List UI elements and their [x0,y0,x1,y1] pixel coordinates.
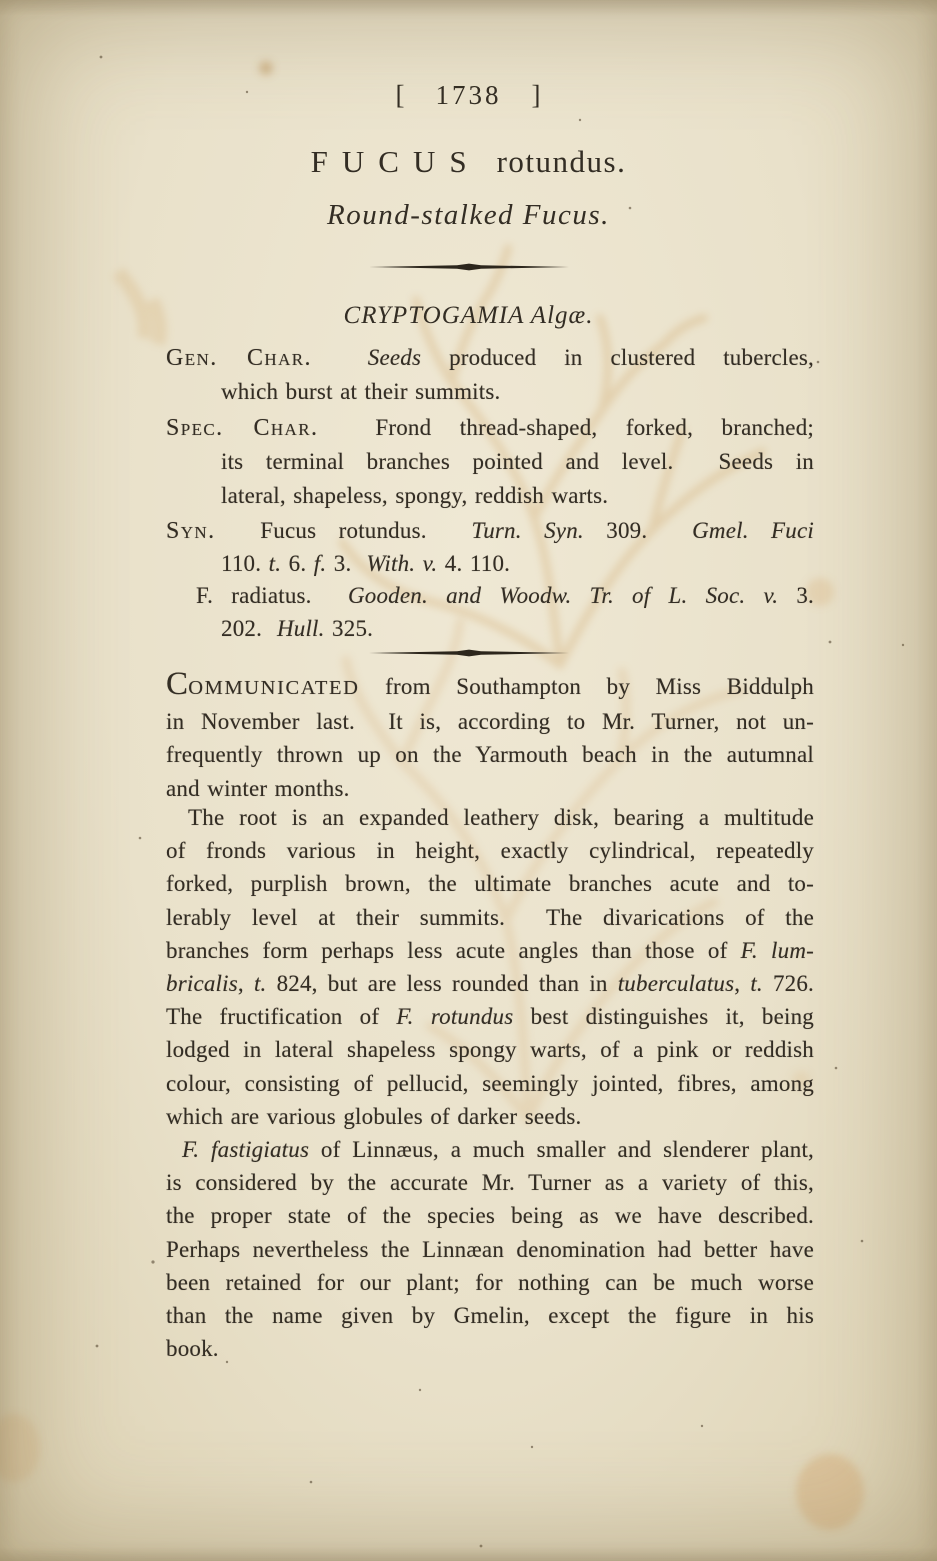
swelled-rule-icon [369,648,569,658]
text-run: , [238,971,254,996]
text-run: Gooden. and Woodw. Tr. of L. Soc. v. [348,583,778,608]
text-line: Spec. Char. Frond thread-shaped, forked,… [166,411,814,445]
text-run: 325. [325,616,374,641]
text-run: which are various globules of darker see… [166,1104,582,1129]
text-run: 202. [221,616,277,641]
text-line: lodged in lateral shapeless spongy warts… [166,1033,814,1066]
text-line: the proper state of the species being as… [166,1199,814,1232]
swelled-rule-icon [369,262,569,272]
text-line: which are various globules of darker see… [166,1100,814,1133]
text-run [312,345,368,370]
text-line: The fructification of F. rotundus best d… [166,1000,814,1033]
text-run: Perhaps nevertheless the Linnæan denomin… [166,1237,814,1262]
taxonomy-line: CRYPTOGAMIA Algæ. [0,302,937,330]
text-line: which burst at their summits. [166,375,814,409]
text-run: 4. 110. [437,551,510,576]
specific-character-section: Spec. Char. Frond thread-shaped, forked,… [166,411,814,513]
text-run: its terminal branches pointed and level.… [221,449,814,474]
text-run: forked, purplish brown, the ultimate bra… [166,871,814,896]
text-run: Fucus rotundus. [216,518,472,543]
text-run: 824, but are less rounded than in [266,971,617,996]
text-line: Gen. Char. Seeds produced in clustered t… [166,341,814,375]
text-run: been retained for our plant; for nothing… [166,1270,814,1295]
text-run: Frond thread-shaped, forked, branched; [318,415,814,440]
text-run: OMMUNICATED [188,677,359,699]
text-run: the proper state of the species being as… [166,1203,814,1228]
text-line: and winter months. [166,772,814,805]
text-run: lodged in lateral shapeless spongy warts… [166,1037,814,1062]
text-run: f. [314,551,327,576]
text-line: 110. t. 6. f. 3. With. v. 4. 110. [166,548,814,581]
text-run: frequently thrown up on the Yarmouth bea… [166,742,814,767]
text-run: Gmel. Fuci [692,518,814,543]
text-run: than the name given by Gmelin, except th… [166,1303,814,1328]
text-run: from Southampton by Miss Biddulph [360,674,814,699]
bracket-left: [ [396,80,406,110]
text-run: best distinguishes it, being [513,1004,814,1029]
text-run: Spec. Char. [166,415,318,441]
text-run: Seeds [368,345,421,370]
text-run: of Linnæus, a much smaller and slenderer… [309,1137,814,1162]
text-line: of fronds various in height, exactly cyl… [166,834,814,867]
text-line: Syn. Fucus rotundus. Turn. Syn. 309. Gme… [166,515,814,548]
text-line: 202. Hull. 325. [166,613,814,646]
text-run: lerably level at their summits. The diva… [166,905,814,930]
text-run: which burst at their summits. [221,379,500,404]
text-run: of fronds various in height, exactly cyl… [166,838,814,863]
text-run: Gen. Char. [166,345,312,371]
text-run: t. [750,971,763,996]
text-run: 6. [281,551,314,576]
text-line: book. [166,1332,814,1365]
common-name-subtitle: Round-stalked Fucus. [0,199,937,232]
text-line: Perhaps nevertheless the Linnæan denomin… [166,1233,814,1266]
text-run: bricalis [166,971,238,996]
bracket-right: ] [532,80,542,110]
book-page: [1738] FUCUSrotundus. Round-stalked Fucu… [0,0,937,1561]
text-line: its terminal branches pointed and level.… [166,445,814,479]
synonyms-section: Syn. Fucus rotundus. Turn. Syn. 309. Gme… [166,515,814,645]
text-line: branches form perhaps less acute angles … [166,934,814,967]
text-run: F. lum- [741,938,814,963]
text-run: produced in clustered tubercles, [421,345,814,370]
text-run: book. [166,1336,219,1361]
text-run: The root is an expanded leathery disk, b… [188,805,814,830]
text-line: lerably level at their summits. The diva… [166,901,814,934]
text-run: t. [254,971,267,996]
text-run: branches form perhaps less acute angles … [166,938,741,963]
text-line: lateral, shapeless, spongy, reddish wart… [166,479,814,513]
text-run: 309. [584,518,692,543]
text-run: in November last. It is, according to Mr… [166,709,814,734]
text-run: Turn. Syn. [471,518,583,543]
text-run: tuberculatus [618,971,735,996]
text-line: forked, purplish brown, the ultimate bra… [166,867,814,900]
text-line: F. fastigiatus of Linnæus, a much smalle… [166,1133,814,1166]
text-line: is considered by the accurate Mr. Turner… [166,1166,814,1199]
text-run: With. v. [366,551,437,576]
generic-character-section: Gen. Char. Seeds produced in clustered t… [166,341,814,409]
text-run: colour, consisting of pellucid, seemingl… [166,1071,814,1096]
text-run: Syn. [166,518,216,544]
text-run: , [734,971,750,996]
text-run: The fructification of [166,1004,396,1029]
text-line: bricalis, t. 824, but are less rounded t… [166,967,814,1000]
text-run: t. [269,551,282,576]
text-run: Hull. [277,616,325,641]
text-line: been retained for our plant; for nothing… [166,1266,814,1299]
text-line: in November last. It is, according to Mr… [166,705,814,738]
page-number-value: 1738 [436,80,502,110]
text-run: F. radiatus. [196,583,348,608]
text-run: C [166,666,188,702]
text-line: F. radiatus. Gooden. and Woodw. Tr. of L… [166,580,814,613]
text-run: and winter months. [166,776,350,801]
text-run: 3. [326,551,366,576]
page-number: [1738] [0,80,937,111]
text-line: frequently thrown up on the Yarmouth bea… [166,738,814,771]
text-run: lateral, shapeless, spongy, reddish wart… [221,483,608,508]
paragraph-description: The root is an expanded leathery disk, b… [166,801,814,1133]
species-title: FUCUSrotundus. [0,144,937,180]
text-run: is considered by the accurate Mr. Turner… [166,1170,814,1195]
swelled-rule-divider [0,648,937,658]
paragraph-fastigiatus: F. fastigiatus of Linnæus, a much smalle… [166,1133,814,1365]
text-run: 110. [221,551,269,576]
text-line: The root is an expanded leathery disk, b… [166,801,814,834]
swelled-rule-divider [0,262,937,272]
text-line: than the name given by Gmelin, except th… [166,1299,814,1332]
text-run: 726. [763,971,814,996]
species-epithet: rotundus. [497,144,627,179]
text-run: F. rotundus [396,1004,513,1029]
text-run: F. fastigiatus [182,1137,309,1162]
genus-name: FUCUS [311,144,481,179]
paragraph-communicated: COMMUNICATED from Southampton by Miss Bi… [166,668,814,805]
text-run: 3. [778,583,814,608]
text-line: colour, consisting of pellucid, seemingl… [166,1067,814,1100]
text-line: COMMUNICATED from Southampton by Miss Bi… [166,668,814,705]
